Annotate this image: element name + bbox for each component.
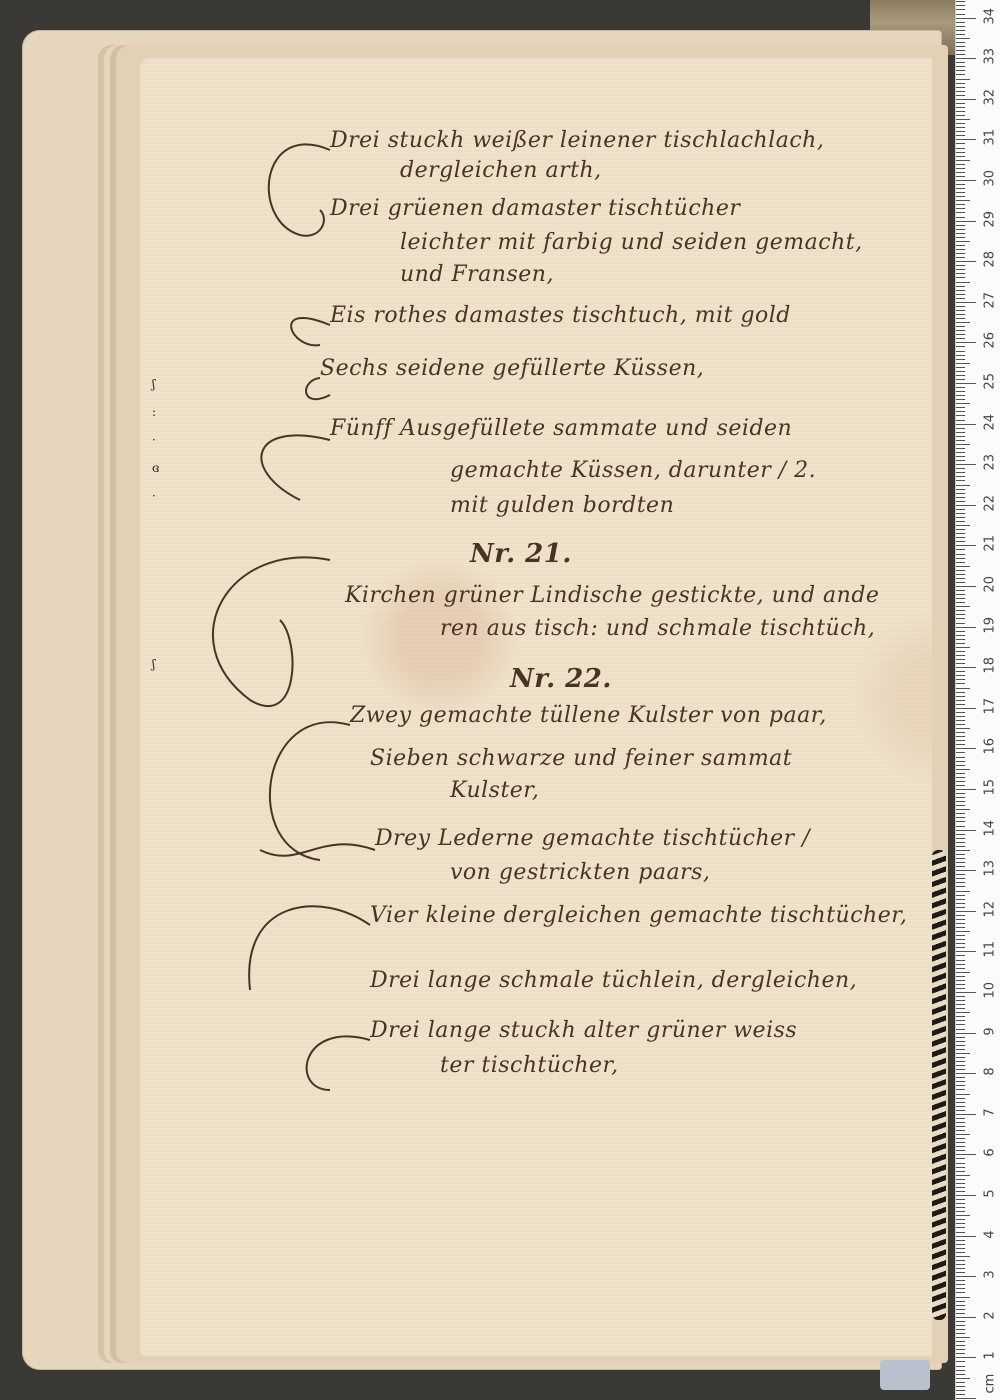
manuscript-line: Sechs seidene gefüllerte Küssen,: [320, 356, 704, 381]
ruler-tick: [956, 26, 965, 27]
ruler-tick: [956, 1370, 965, 1371]
ruler-tick: [956, 1207, 965, 1208]
ruler-tick: [956, 1094, 970, 1095]
ruler-tick: [956, 1000, 965, 1001]
ruler-tick: [956, 91, 965, 92]
ruler-tick: [956, 659, 965, 660]
ruler-tick: [956, 728, 970, 729]
ruler-tick: [956, 1386, 965, 1387]
ruler-tick: [956, 692, 965, 693]
ruler-tick: [956, 549, 965, 550]
ruler-label: 15: [983, 780, 998, 796]
ruler-tick: [956, 1085, 965, 1086]
ruler-tick: [956, 18, 976, 19]
ruler-tick: [956, 846, 965, 847]
ruler-tick: [956, 1138, 965, 1139]
manuscript-line: leichter mit farbig und seiden gemacht,: [400, 230, 863, 255]
ruler-tick: [956, 679, 965, 680]
ruler-tick: [956, 805, 965, 806]
ruler-tick: [956, 338, 965, 339]
ruler-tick: [956, 513, 965, 514]
manuscript-line: Fünff Ausgefüllete sammate und seiden: [330, 416, 792, 441]
ruler-tick: [956, 395, 965, 396]
ruler-tick: [956, 342, 976, 343]
ruler-tick: [956, 850, 970, 851]
ruler-tick: [956, 891, 970, 892]
ruler-label: 21: [983, 536, 998, 552]
ruler-tick: [956, 1264, 965, 1265]
ruler-tick: [956, 1191, 965, 1192]
ruler-tick: [956, 882, 965, 883]
ruler-tick: [956, 265, 965, 266]
ruler-tick: [956, 1353, 965, 1354]
ruler-tick: [956, 602, 965, 603]
ruler-tick: [956, 1004, 965, 1005]
ruler-tick: [956, 842, 965, 843]
ruler-tick: [956, 1236, 976, 1237]
ruler-tick: [956, 196, 965, 197]
ruler-tick: [956, 257, 965, 258]
ruler-tick: [956, 1321, 965, 1322]
ruler-tick: [956, 1150, 965, 1151]
ruler-tick: [956, 1, 965, 2]
ruler-tick: [956, 269, 965, 270]
ruler-tick: [956, 1126, 965, 1127]
ruler-tick: [956, 1361, 965, 1362]
ruler-tick: [956, 797, 965, 798]
ruler-tick: [956, 314, 965, 315]
ruler-tick: [956, 1227, 965, 1228]
ruler-tick: [956, 298, 965, 299]
ruler-tick: [956, 204, 965, 205]
ruler-tick: [956, 363, 970, 364]
ruler-tick: [956, 899, 965, 900]
ruler-label: 4: [983, 1226, 998, 1242]
ruler-tick: [956, 1280, 965, 1281]
ruler-tick: [956, 326, 965, 327]
ruler-tick: [956, 176, 965, 177]
manuscript-line: Drei grüenen damaster tischtücher: [330, 196, 740, 221]
ruler-tick: [956, 830, 976, 831]
ruler-tick: [956, 903, 965, 904]
ruler-tick: [956, 947, 965, 948]
ruler-tick: [956, 192, 965, 193]
manuscript-line: mit gulden bordten: [450, 493, 674, 518]
ruler-tick: [956, 139, 976, 140]
ruler-tick: [956, 801, 965, 802]
ruler-tick: [956, 578, 965, 579]
ruler-tick: [956, 1175, 970, 1176]
ruler-tick: [956, 1049, 965, 1050]
ruler-label: 17: [983, 698, 998, 714]
ruler-tick: [956, 736, 965, 737]
ruler-tick: [956, 984, 965, 985]
ruler-tick: [956, 517, 965, 518]
manuscript-line: Zwey gemachte tüllene Kulster von paar,: [350, 703, 827, 728]
ruler-label: 29: [983, 211, 998, 227]
ruler-tick: [956, 38, 970, 39]
ruler-tick: [956, 809, 970, 810]
ruler-unit-label: cm: [983, 1378, 998, 1394]
ruler-tick: [956, 225, 965, 226]
ruler-tick: [956, 590, 965, 591]
ruler-tick: [956, 708, 976, 709]
ruler-tick: [956, 172, 965, 173]
ruler-tick: [956, 436, 965, 437]
ruler-tick: [956, 387, 965, 388]
ruler-tick: [956, 1345, 965, 1346]
ruler-tick: [956, 696, 965, 697]
ruler-tick: [956, 777, 965, 778]
ruler-tick: [956, 643, 965, 644]
ruler-tick: [956, 1037, 965, 1038]
ruler-tick: [956, 570, 965, 571]
ruler-label: 24: [983, 414, 998, 430]
ruler-tick: [956, 217, 965, 218]
ruler-tick: [956, 781, 965, 782]
ruler-tick: [956, 188, 965, 189]
ruler-tick: [956, 399, 965, 400]
ruler-tick: [956, 1187, 965, 1188]
ruler-tick: [956, 46, 965, 47]
ruler-tick: [956, 1012, 970, 1013]
ruler-tick: [956, 610, 965, 611]
ruler-label: 11: [983, 942, 998, 958]
ruler-tick: [956, 334, 965, 335]
ruler-tick: [956, 683, 965, 684]
ruler-tick: [956, 233, 965, 234]
ruler-tick: [956, 501, 965, 502]
ruler-tick: [956, 968, 965, 969]
ruler-tick: [956, 1057, 965, 1058]
ruler-label: 16: [983, 739, 998, 755]
ruler-tick: [956, 529, 965, 530]
ruler-tick: [956, 111, 965, 112]
ruler-tick: [956, 127, 965, 128]
ruler-tick: [956, 761, 965, 762]
ruler-tick: [956, 1114, 976, 1115]
ruler-tick: [956, 306, 965, 307]
ruler-tick: [956, 1292, 965, 1293]
ruler-tick: [956, 79, 970, 80]
ruler-tick: [956, 793, 965, 794]
ruler-tick: [956, 34, 965, 35]
ruler-tick: [956, 403, 970, 404]
manuscript-line: dergleichen arth,: [400, 158, 602, 183]
ruler-tick: [956, 1252, 965, 1253]
ruler-label: 1: [983, 1348, 998, 1364]
ruler-tick: [956, 752, 965, 753]
ruler-label: 20: [983, 577, 998, 593]
ruler-tick: [956, 119, 970, 120]
ruler-tick: [956, 980, 965, 981]
ruler-tick: [956, 30, 965, 31]
ruler-tick: [956, 290, 965, 291]
ruler-tick: [956, 769, 970, 770]
ruler-tick: [956, 115, 965, 116]
ruler-tick: [956, 558, 965, 559]
ruler-tick: [956, 1020, 965, 1021]
ruler-tick: [956, 1167, 965, 1168]
ruler-tick: [956, 923, 965, 924]
ruler-tick: [956, 282, 970, 283]
item-number-heading: Nr. 22.: [510, 664, 612, 694]
ruler-tick: [956, 379, 965, 380]
ruler-tick: [956, 497, 965, 498]
ruler-tick: [956, 785, 965, 786]
ruler-tick: [956, 241, 970, 242]
ruler-tick: [956, 992, 976, 993]
ruler-tick: [956, 1366, 965, 1367]
ruler-tick: [956, 598, 965, 599]
ruler-tick: [956, 955, 965, 956]
ruler-tick: [956, 757, 965, 758]
ruler-tick: [956, 107, 965, 108]
ruler-tick: [956, 229, 965, 230]
ruler-tick: [956, 704, 965, 705]
ruler-label: 22: [983, 495, 998, 511]
ruler-tick: [956, 858, 965, 859]
ruler-tick: [956, 1203, 965, 1204]
ruler-tick: [956, 951, 976, 952]
ruler-tick: [956, 42, 965, 43]
measurement-ruler: 3433323130292827262524232221201918171615…: [955, 0, 1000, 1400]
ruler-label: 2: [983, 1307, 998, 1323]
ruler-tick: [956, 1065, 965, 1066]
manuscript-line: Drei stuckh weißer leinener tischlachlac…: [330, 128, 824, 153]
ruler-tick: [956, 200, 970, 201]
ruler-tick: [956, 667, 976, 668]
manuscript-line: Drei lange schmale tüchlein, dergleichen…: [370, 968, 857, 993]
ruler-tick: [956, 1232, 965, 1233]
ruler-tick: [956, 476, 965, 477]
ruler-tick: [956, 58, 976, 59]
ruler-tick: [956, 972, 970, 973]
ruler-tick: [956, 1061, 965, 1062]
ruler-tick: [956, 1106, 965, 1107]
ruler-tick: [956, 168, 965, 169]
ruler-tick: [956, 1134, 970, 1135]
ruler-tick: [956, 424, 976, 425]
ruler-tick: [956, 675, 965, 676]
ruler-tick: [956, 1219, 965, 1220]
ruler-tick: [956, 95, 965, 96]
ruler-tick: [956, 131, 965, 132]
ruler-tick: [956, 1069, 965, 1070]
ruler-tick: [956, 103, 965, 104]
ruler-tick: [956, 1154, 976, 1155]
ruler-tick: [956, 939, 965, 940]
ruler-tick: [956, 277, 965, 278]
ruler-tick: [956, 773, 965, 774]
ruler-tick: [956, 663, 965, 664]
ruler-label: 33: [983, 49, 998, 65]
ruler-tick: [956, 700, 965, 701]
ruler-tick: [956, 468, 965, 469]
ruler-tick: [956, 1349, 965, 1350]
ruler-label: 18: [983, 658, 998, 674]
ruler-tick: [956, 1158, 965, 1159]
ruler-tick: [956, 318, 965, 319]
ruler-tick: [956, 1077, 965, 1078]
ruler-tick: [956, 375, 965, 376]
ruler-tick: [956, 74, 965, 75]
manuscript-line: ter tischtücher,: [440, 1053, 619, 1078]
ruler-tick: [956, 826, 965, 827]
ruler-tick: [956, 1024, 965, 1025]
ruler-tick: [956, 432, 965, 433]
manuscript-line: ren aus tisch: und schmale tischtüch,: [440, 616, 875, 641]
ruler-tick: [956, 647, 970, 648]
ruler-tick: [956, 164, 965, 165]
manuscript-line: Drey Lederne gemachte tischtücher /: [375, 826, 810, 851]
ruler-tick: [956, 9, 965, 10]
ruler-tick: [956, 866, 965, 867]
ruler-tick: [956, 1333, 965, 1334]
ruler-tick: [956, 931, 970, 932]
ruler-tick: [956, 1357, 976, 1358]
ruler-tick: [956, 1171, 965, 1172]
ruler-label: 23: [983, 455, 998, 471]
ruler-tick: [956, 346, 965, 347]
ruler-tick: [956, 485, 970, 486]
ruler-tick: [956, 533, 965, 534]
ruler-tick: [956, 1256, 970, 1257]
ruler-tick: [956, 66, 965, 67]
ruler-tick: [956, 1244, 965, 1245]
ruler-tick: [956, 1081, 965, 1082]
ruler-tick: [956, 1146, 965, 1147]
ruler-tick: [956, 724, 965, 725]
ruler-tick: [956, 1142, 965, 1143]
ruler-tick: [956, 493, 965, 494]
ruler-tick: [956, 1297, 970, 1298]
ruler-tick: [956, 180, 976, 181]
ruler-tick: [956, 1272, 965, 1273]
manuscript-line: und Fransen,: [400, 262, 554, 287]
ruler-tick: [956, 907, 965, 908]
ruler-tick: [956, 789, 976, 790]
ruler-tick: [956, 606, 970, 607]
ruler-tick: [956, 627, 976, 628]
ruler-tick: [956, 1268, 965, 1269]
ruler-tick: [956, 1041, 965, 1042]
ruler-label: 13: [983, 861, 998, 877]
ruler-tick: [956, 322, 970, 323]
ruler-tick: [956, 1195, 976, 1196]
ruler-tick: [956, 22, 965, 23]
ruler-tick: [956, 253, 965, 254]
ruler-tick: [956, 915, 965, 916]
ruler-tick: [956, 541, 965, 542]
ruler-tick: [956, 448, 965, 449]
ruler-tick: [956, 1313, 965, 1314]
ruler-tick: [956, 411, 965, 412]
ruler-tick: [956, 1378, 970, 1379]
ruler-label: 19: [983, 617, 998, 633]
ruler-tick: [956, 355, 965, 356]
ruler-label: 3: [983, 1267, 998, 1283]
ruler-tick: [956, 1211, 965, 1212]
ruler-tick: [956, 415, 965, 416]
ruler-tick: [956, 135, 965, 136]
ruler-tick: [956, 452, 965, 453]
ruler-tick: [956, 1276, 976, 1277]
ruler-tick: [956, 330, 965, 331]
manuscript-line: Vier kleine dergleichen gemachte tischtü…: [370, 903, 907, 928]
ruler-tick: [956, 407, 965, 408]
ruler-tick: [956, 614, 965, 615]
ruler-tick: [956, 160, 970, 161]
ruler-label: 5: [983, 1186, 998, 1202]
ruler-tick: [956, 480, 965, 481]
ruler-tick: [956, 371, 965, 372]
ruler-tick: [956, 623, 965, 624]
ruler-label: 9: [983, 1023, 998, 1039]
ruler-tick: [956, 521, 965, 522]
ruler-label: 8: [983, 1064, 998, 1080]
ruler-tick: [956, 472, 965, 473]
ruler-tick: [956, 854, 965, 855]
ruler-tick: [956, 460, 965, 461]
ruler-tick: [956, 440, 965, 441]
ruler-tick: [956, 712, 965, 713]
manuscript-line: von gestrickten paars,: [450, 860, 710, 885]
ruler-tick: [956, 509, 965, 510]
ruler-tick: [956, 943, 965, 944]
ruler-tick: [956, 618, 965, 619]
ruler-tick: [956, 554, 965, 555]
ruler-tick: [956, 1309, 965, 1310]
ruler-tick: [956, 184, 965, 185]
ruler-tick: [956, 582, 965, 583]
ruler-tick: [956, 99, 976, 100]
ruler-tick: [956, 14, 965, 15]
ruler-tick: [956, 456, 965, 457]
ruler-tick: [956, 302, 976, 303]
ruler-tick: [956, 148, 965, 149]
ruler-label: 34: [983, 8, 998, 24]
ruler-tick: [956, 54, 965, 55]
ruler-tick: [956, 1288, 965, 1289]
ruler-tick: [956, 1325, 965, 1326]
ruler-tick: [956, 391, 965, 392]
ruler-label: 28: [983, 252, 998, 268]
ruler-tick: [956, 294, 965, 295]
ruler-tick: [956, 1374, 965, 1375]
ruler-tick: [956, 878, 965, 879]
manuscript-line: Kulster,: [450, 778, 539, 803]
ruler-tick: [956, 505, 976, 506]
ruler-tick: [956, 1223, 965, 1224]
ruler-tick: [956, 562, 965, 563]
ruler-tick: [956, 651, 965, 652]
ruler-tick: [956, 895, 965, 896]
ruler-tick: [956, 1118, 965, 1119]
ruler-tick: [956, 420, 965, 421]
ruler-label: 32: [983, 89, 998, 105]
ruler-tick: [956, 1390, 965, 1391]
ruler-tick: [956, 87, 965, 88]
ruler-tick: [956, 1183, 965, 1184]
ruler-tick: [956, 870, 976, 871]
ruler-tick: [956, 1008, 965, 1009]
ruler-tick: [956, 631, 965, 632]
ruler-label: 14: [983, 820, 998, 836]
manuscript-line: Drei lange stuckh alter grüner weiss: [370, 1018, 797, 1043]
ruler-tick: [956, 834, 965, 835]
ruler-tick: [956, 444, 970, 445]
